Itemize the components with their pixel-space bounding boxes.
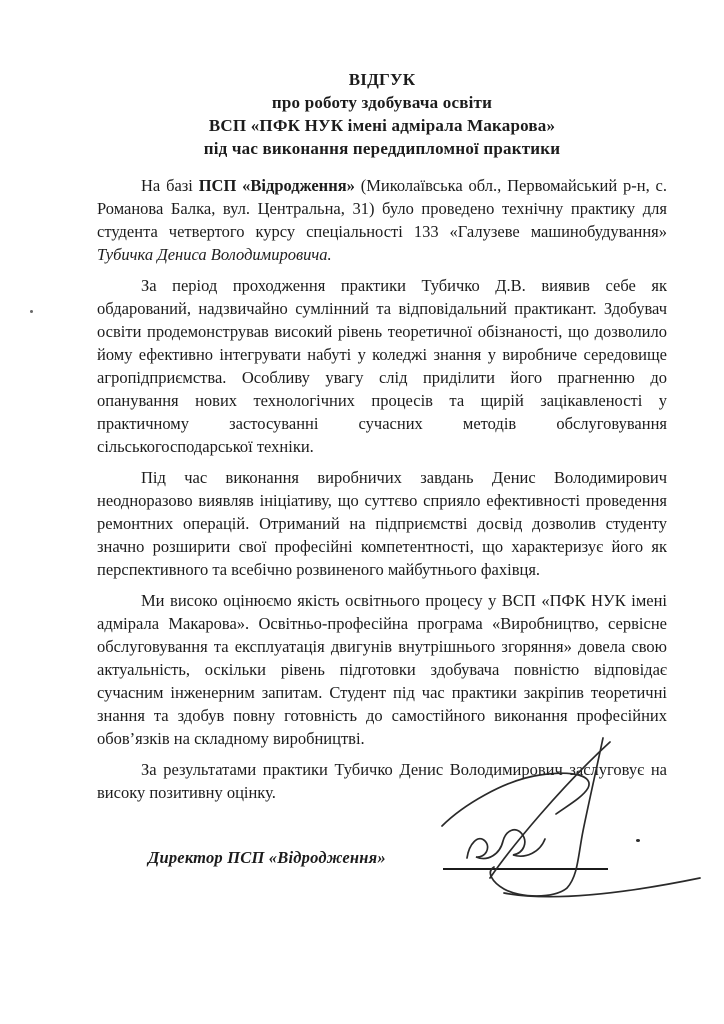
document-content: ВІДГУК про роботу здобувача освіти ВСП «… xyxy=(97,0,667,812)
document-title: ВІДГУК про роботу здобувача освіти ВСП «… xyxy=(97,68,667,160)
company-name: ПСП «Відродження» xyxy=(199,176,355,195)
paragraph-intro: На базі ПСП «Відродження» (Миколаївська … xyxy=(97,174,667,266)
signature-label: Директор ПСП «Відродження» xyxy=(148,848,386,868)
title-line-vidhuk: ВІДГУК xyxy=(97,68,667,91)
paragraph-performance: За період проходження практики Тубичко Д… xyxy=(97,274,667,458)
paragraph-initiative: Під час виконання виробничих завдань Ден… xyxy=(97,466,667,581)
document-body: На базі ПСП «Відродження» (Миколаївська … xyxy=(97,174,667,804)
student-name: Тубичка Дениса Володимировича. xyxy=(97,245,332,264)
scan-artifact-dot xyxy=(30,310,33,313)
title-line-institution: ВСП «ПФК НУК імені адмірала Макарова» xyxy=(97,114,667,137)
title-line-practice: під час виконання переддипломної практик… xyxy=(97,137,667,160)
scanned-review-letter: ВІДГУК про роботу здобувача освіти ВСП «… xyxy=(0,0,724,1024)
scan-artifact-dot xyxy=(636,839,640,842)
title-line-subject: про роботу здобувача освіти xyxy=(97,91,667,114)
paragraph-intro-lead: На базі xyxy=(141,176,199,195)
handwritten-signature xyxy=(412,726,704,908)
